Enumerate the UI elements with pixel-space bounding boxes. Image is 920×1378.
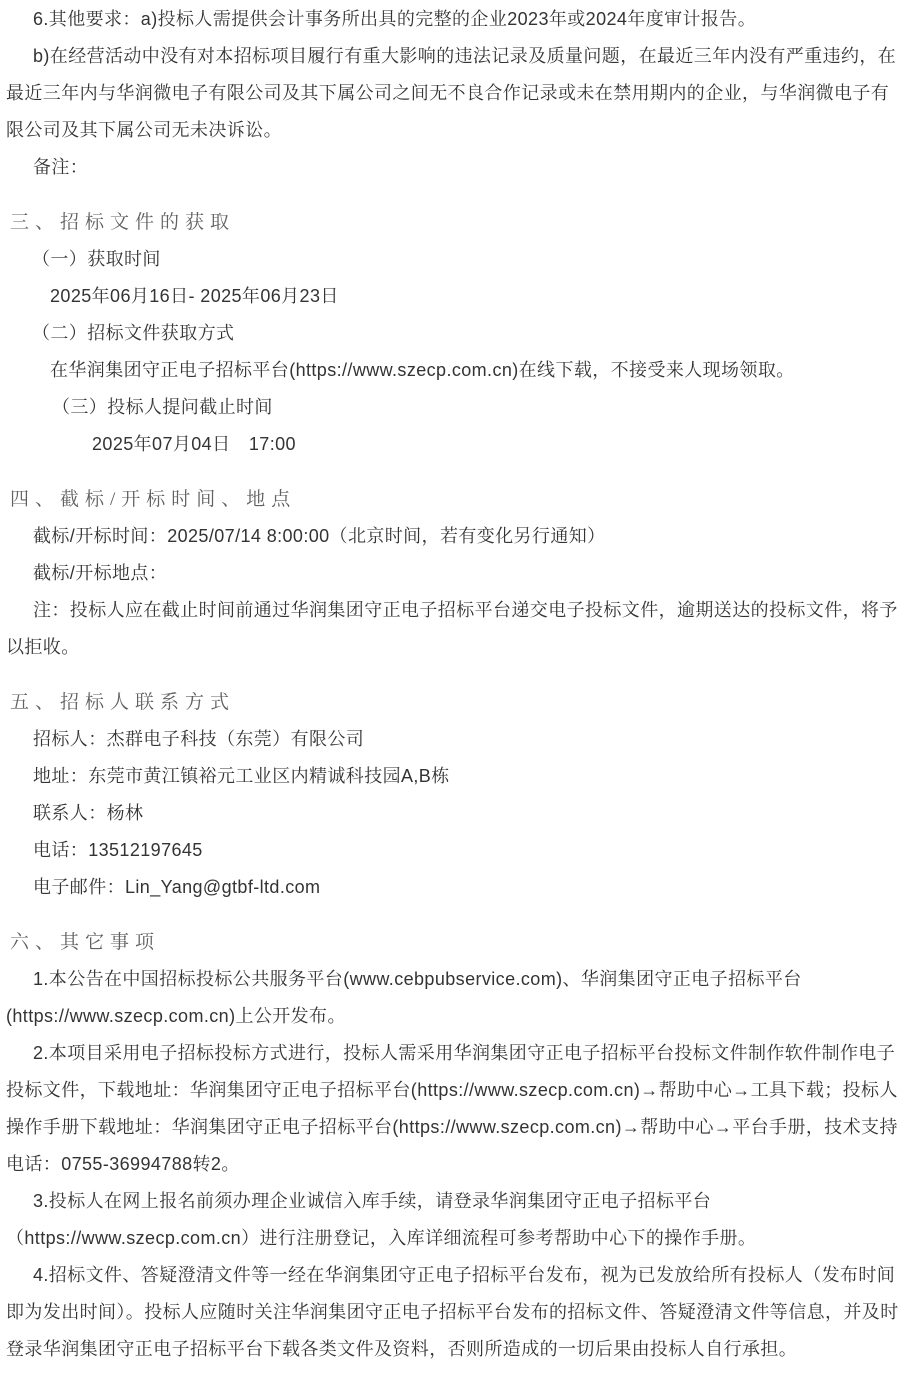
bid-open-time-value: 2025/07/14 8:00:00（北京时间，若有变化另行通知） xyxy=(167,526,605,546)
other-requirements-item-b: b)在经营活动中没有对本招标项目履行有重大影响的违法记录及质量问题，在最近三年内… xyxy=(6,38,906,149)
contact-person-value: 杨林 xyxy=(107,803,144,823)
question-deadline: 2025年07月04日 17:00 xyxy=(6,426,906,463)
contact-person-label: 联系人： xyxy=(33,803,107,823)
bid-open-place-label: 截标/开标地点： xyxy=(33,563,167,583)
address-value: 东莞市黄江镇裕元工业区内精诚科技园A,B栋 xyxy=(88,766,449,786)
address-row: 地址：东莞市黄江镇裕元工业区内精诚科技园A,B栋 xyxy=(6,758,906,795)
other-matters-item-2: 2.本项目采用电子招标投标方式进行，投标人需采用华润集团守正电子招标平台投标文件… xyxy=(6,1035,906,1183)
section-5-title: 五、招标人联系方式 xyxy=(10,684,906,721)
email-value: Lin_Yang@gtbf-ltd.com xyxy=(125,877,320,897)
tenderer-label: 招标人： xyxy=(33,729,107,749)
other-matters-item-3: 3.投标人在网上报名前须办理企业诚信入库手续，请登录华润集团守正电子招标平台（h… xyxy=(6,1183,906,1257)
address-label: 地址： xyxy=(33,766,88,786)
section-3-sub-2-title: （二）招标文件获取方式 xyxy=(6,315,906,352)
tenderer-value: 杰群电子科技（东莞）有限公司 xyxy=(107,729,365,749)
other-matters-item-4: 4.招标文件、答疑澄清文件等一经在华润集团守正电子招标平台发布，视为已发放给所有… xyxy=(6,1257,906,1368)
section-3-sub-1-title: （一）获取时间 xyxy=(6,241,906,278)
phone-value: 13512197645 xyxy=(88,840,203,860)
section-3-title: 三、招标文件的获取 xyxy=(10,204,906,241)
email-row: 电子邮件：Lin_Yang@gtbf-ltd.com xyxy=(6,869,906,906)
document-obtain-method: 在华润集团守正电子招标平台(https://www.szecp.com.cn)在… xyxy=(6,352,906,389)
contact-person-row: 联系人：杨林 xyxy=(6,795,906,832)
phone-row: 电话：13512197645 xyxy=(6,832,906,869)
phone-label: 电话： xyxy=(33,840,88,860)
bid-open-time-label: 截标/开标时间： xyxy=(33,526,167,546)
other-matters-item-1: 1.本公告在中国招标投标公共服务平台(www.cebpubservice.com… xyxy=(6,961,906,1035)
tender-announcement-document: 6.其他要求：a)投标人需提供会计事务所出具的完整的企业2023年或2024年度… xyxy=(0,0,920,1378)
section-4-title: 四、截标/开标时间、地点 xyxy=(10,481,906,518)
section-3-sub-3-title: （三）投标人提问截止时间 xyxy=(6,389,906,426)
document-obtain-period: 2025年06月16日- 2025年06月23日 xyxy=(6,278,906,315)
bid-submission-note: 注：投标人应在截止时间前通过华润集团守正电子招标平台递交电子投标文件，逾期送达的… xyxy=(6,592,906,666)
bid-open-time-row: 截标/开标时间：2025/07/14 8:00:00（北京时间，若有变化另行通知… xyxy=(6,518,906,555)
email-label: 电子邮件： xyxy=(33,877,125,897)
section-6-title: 六、其它事项 xyxy=(10,924,906,961)
tenderer-row: 招标人：杰群电子科技（东莞）有限公司 xyxy=(6,721,906,758)
other-requirements-item-6: 6.其他要求：a)投标人需提供会计事务所出具的完整的企业2023年或2024年度… xyxy=(6,1,906,38)
bid-open-place-row: 截标/开标地点： xyxy=(6,555,906,592)
remark-label: 备注： xyxy=(6,149,906,186)
